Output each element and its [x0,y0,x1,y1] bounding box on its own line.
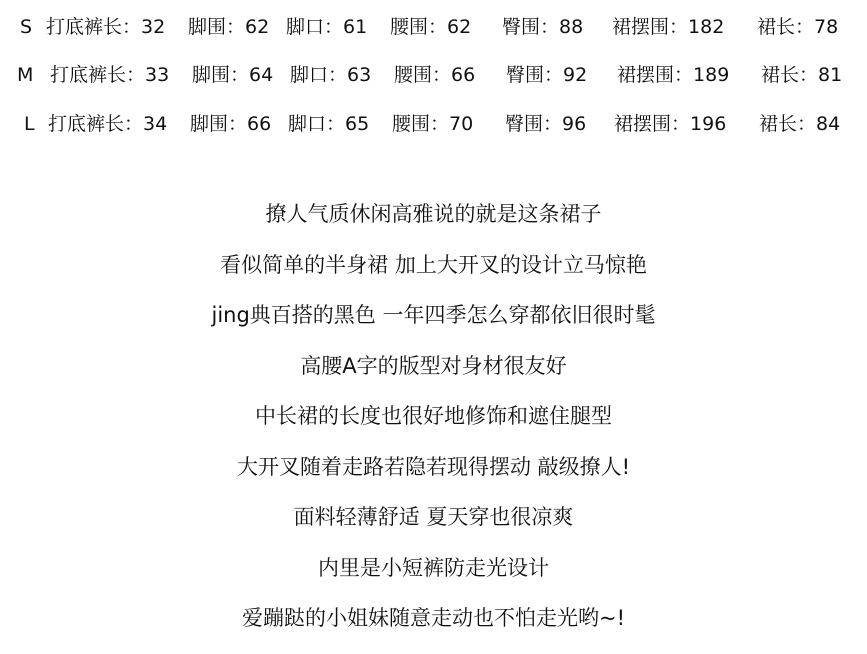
skirt-length: 裙长：84 [759,109,840,139]
size-label: S [20,12,32,42]
hem-circumference: 脚围：66 [190,109,271,139]
description-line: 中长裙的长度也很好地修饰和遮住腿型 [0,401,867,431]
leg-opening: 脚口：63 [290,60,371,90]
hem-circumference: 脚围：62 [188,12,269,42]
skirt-length: 裙长：78 [757,12,838,42]
skirt-length: 裙长：81 [761,60,842,90]
description-line: 高腰A字的版型对身材很友好 [0,351,867,381]
legging-length: 打底裤长：34 [48,109,167,139]
size-row-l: L 打底裤长：34 脚围：66 脚口：65 腰围：70 臀围：96 裙摆围：19… [0,109,867,139]
description-line: 撩人气质休闲高雅说的就是这条裙子 [0,199,867,229]
size-row-s: S 打底裤长：32 脚围：62 脚口：61 腰围：62 臀围：88 裙摆围：18… [0,12,867,42]
hip: 臀围：92 [506,60,587,90]
description-line: 爱蹦跶的小姐妹随意走动也不怕走光哟~! [0,603,867,633]
description-line: 面料轻薄舒适 夏天穿也很凉爽 [0,502,867,532]
description-line: 看似简单的半身裙 加上大开叉的设计立马惊艳 [0,250,867,280]
waist: 腰围：62 [390,12,471,42]
legging-length: 打底裤长：33 [50,60,169,90]
skirt-hem-circumference: 裙摆围：182 [612,12,724,42]
skirt-hem-circumference: 裙摆围：196 [614,109,726,139]
description-line: 大开叉随着走路若隐若现得摆动 敲级撩人! [0,452,867,482]
description-line: jing典百搭的黑色 一年四季怎么穿都依旧很时髦 [0,300,867,330]
legging-length: 打底裤长：32 [46,12,165,42]
description-line: 内里是小短裤防走光设计 [0,553,867,583]
size-row-m: M 打底裤长：33 脚围：64 脚口：63 腰围：66 臀围：92 裙摆围：18… [0,60,867,90]
hip: 臀围：88 [502,12,583,42]
hem-circumference: 脚围：64 [192,60,273,90]
skirt-hem-circumference: 裙摆围：189 [617,60,729,90]
size-label: L [24,109,35,139]
leg-opening: 脚口：65 [288,109,369,139]
hip: 臀围：96 [505,109,586,139]
waist: 腰围：70 [392,109,473,139]
leg-opening: 脚口：61 [286,12,367,42]
waist: 腰围：66 [394,60,475,90]
size-label: M [17,60,33,90]
